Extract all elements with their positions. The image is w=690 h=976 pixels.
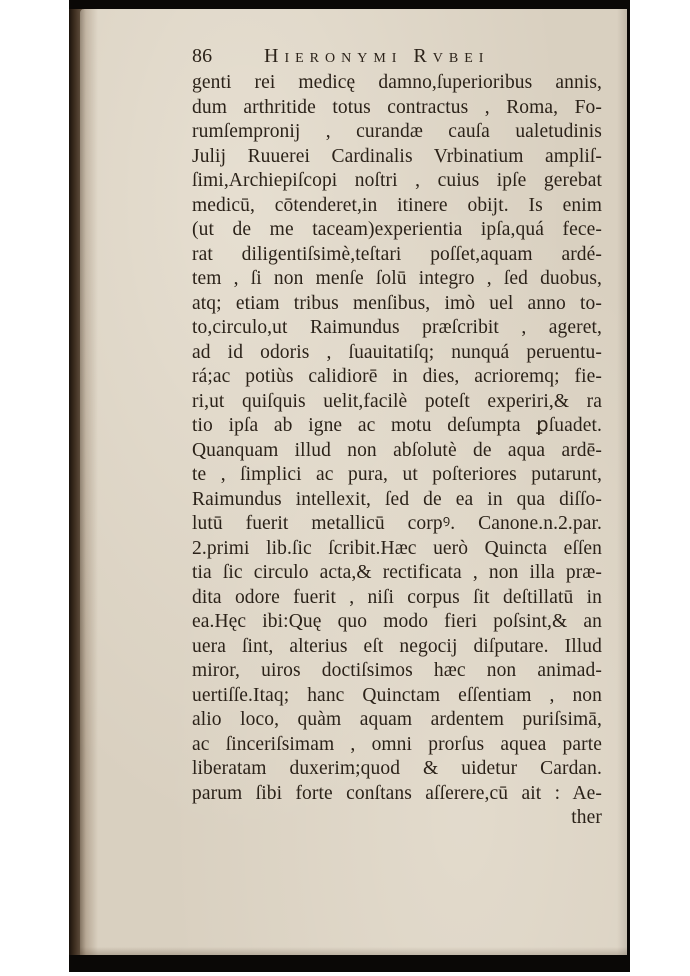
text-line: rá;ac potiùs calidiorē in dies, acriorem…: [192, 365, 602, 390]
text-line: uera ſint, alterius eſt negocij diſputar…: [192, 635, 602, 660]
text-line: dita odore fuerit , niſi corpus ſit deſt…: [192, 586, 602, 611]
text-line: dum arthritide totus contractus , Roma, …: [192, 96, 602, 121]
text-line: ri,ut quiſquis uelit,facilè poteſt exper…: [192, 390, 602, 415]
running-head-title: Hieronymi Rvbei: [264, 44, 489, 69]
text-line: rat diligentiſsimè,teſtari poſſet,aquam …: [192, 243, 602, 268]
text-line: te , ſimplici ac pura, ut poſteriores pu…: [192, 463, 602, 488]
text-line: atq; etiam tribus menſibus, imò uel anno…: [192, 292, 602, 317]
text-line: liberatam duxerim;quod & uidetur Cardan.: [192, 757, 602, 782]
text-line: lutū fuerit metallicū corpꝰ. Canone.n.2.…: [192, 512, 602, 537]
text-line: ſimi,Archiepiſcopi noſtri , cuius ipſe g…: [192, 169, 602, 194]
text-line: Quanquam illud non abſolutè de aqua ardē…: [192, 439, 602, 464]
text-line: uertiſſe.Itaq; hanc Quinctam eſſentiam ,…: [192, 684, 602, 709]
text-line: ad id odoris , ſuauitatiſq; nunquá perue…: [192, 341, 602, 366]
text-block: 86 Hieronymi Rvbei genti rei medicę damn…: [192, 44, 602, 831]
text-line: to,circulo,ut Raimundus præſcribit , age…: [192, 316, 602, 341]
catchword: ther: [192, 806, 602, 831]
text-line: ac ſinceriſsimam , omni prorſus aquea pa…: [192, 733, 602, 758]
text-line: parum ſibi forte conſtans aſſerere,cū ai…: [192, 782, 602, 807]
text-line: rumſempronij , curandæ cauſa ualetudinis: [192, 120, 602, 145]
text-line: miror, uiros doctiſsimos hæc non animad-: [192, 659, 602, 684]
text-line: Julij Ruuerei Cardinalis Vrbinatium ampl…: [192, 145, 602, 170]
text-line: (ut de me taceam)experientia ipſa,quá fe…: [192, 218, 602, 243]
text-line: 2.primi lib.ſic ſcribit.Hæc uerò Quincta…: [192, 537, 602, 562]
text-line: tem , ſi non menſe ſolū integro , ſed du…: [192, 267, 602, 292]
page-number: 86: [192, 44, 264, 69]
text-line: tia ſic circulo acta,& rectificata , non…: [192, 561, 602, 586]
running-head: 86 Hieronymi Rvbei: [192, 44, 602, 71]
text-line: medicū, cōtenderet,in itinere obijt. Is …: [192, 194, 602, 219]
text-line: genti rei medicę damno,ſuperioribus anni…: [192, 71, 602, 96]
text-line: ea.Hęc ibi:Quę quo modo fieri poſsint,& …: [192, 610, 602, 635]
text-line: alio loco, quàm aquam ardentem puriſsimā…: [192, 708, 602, 733]
text-line: Raimundus intellexit, ſed de ea in qua d…: [192, 488, 602, 513]
text-line: tio ipſa ab igne ac motu deſumpta ꝑſuade…: [192, 414, 602, 439]
